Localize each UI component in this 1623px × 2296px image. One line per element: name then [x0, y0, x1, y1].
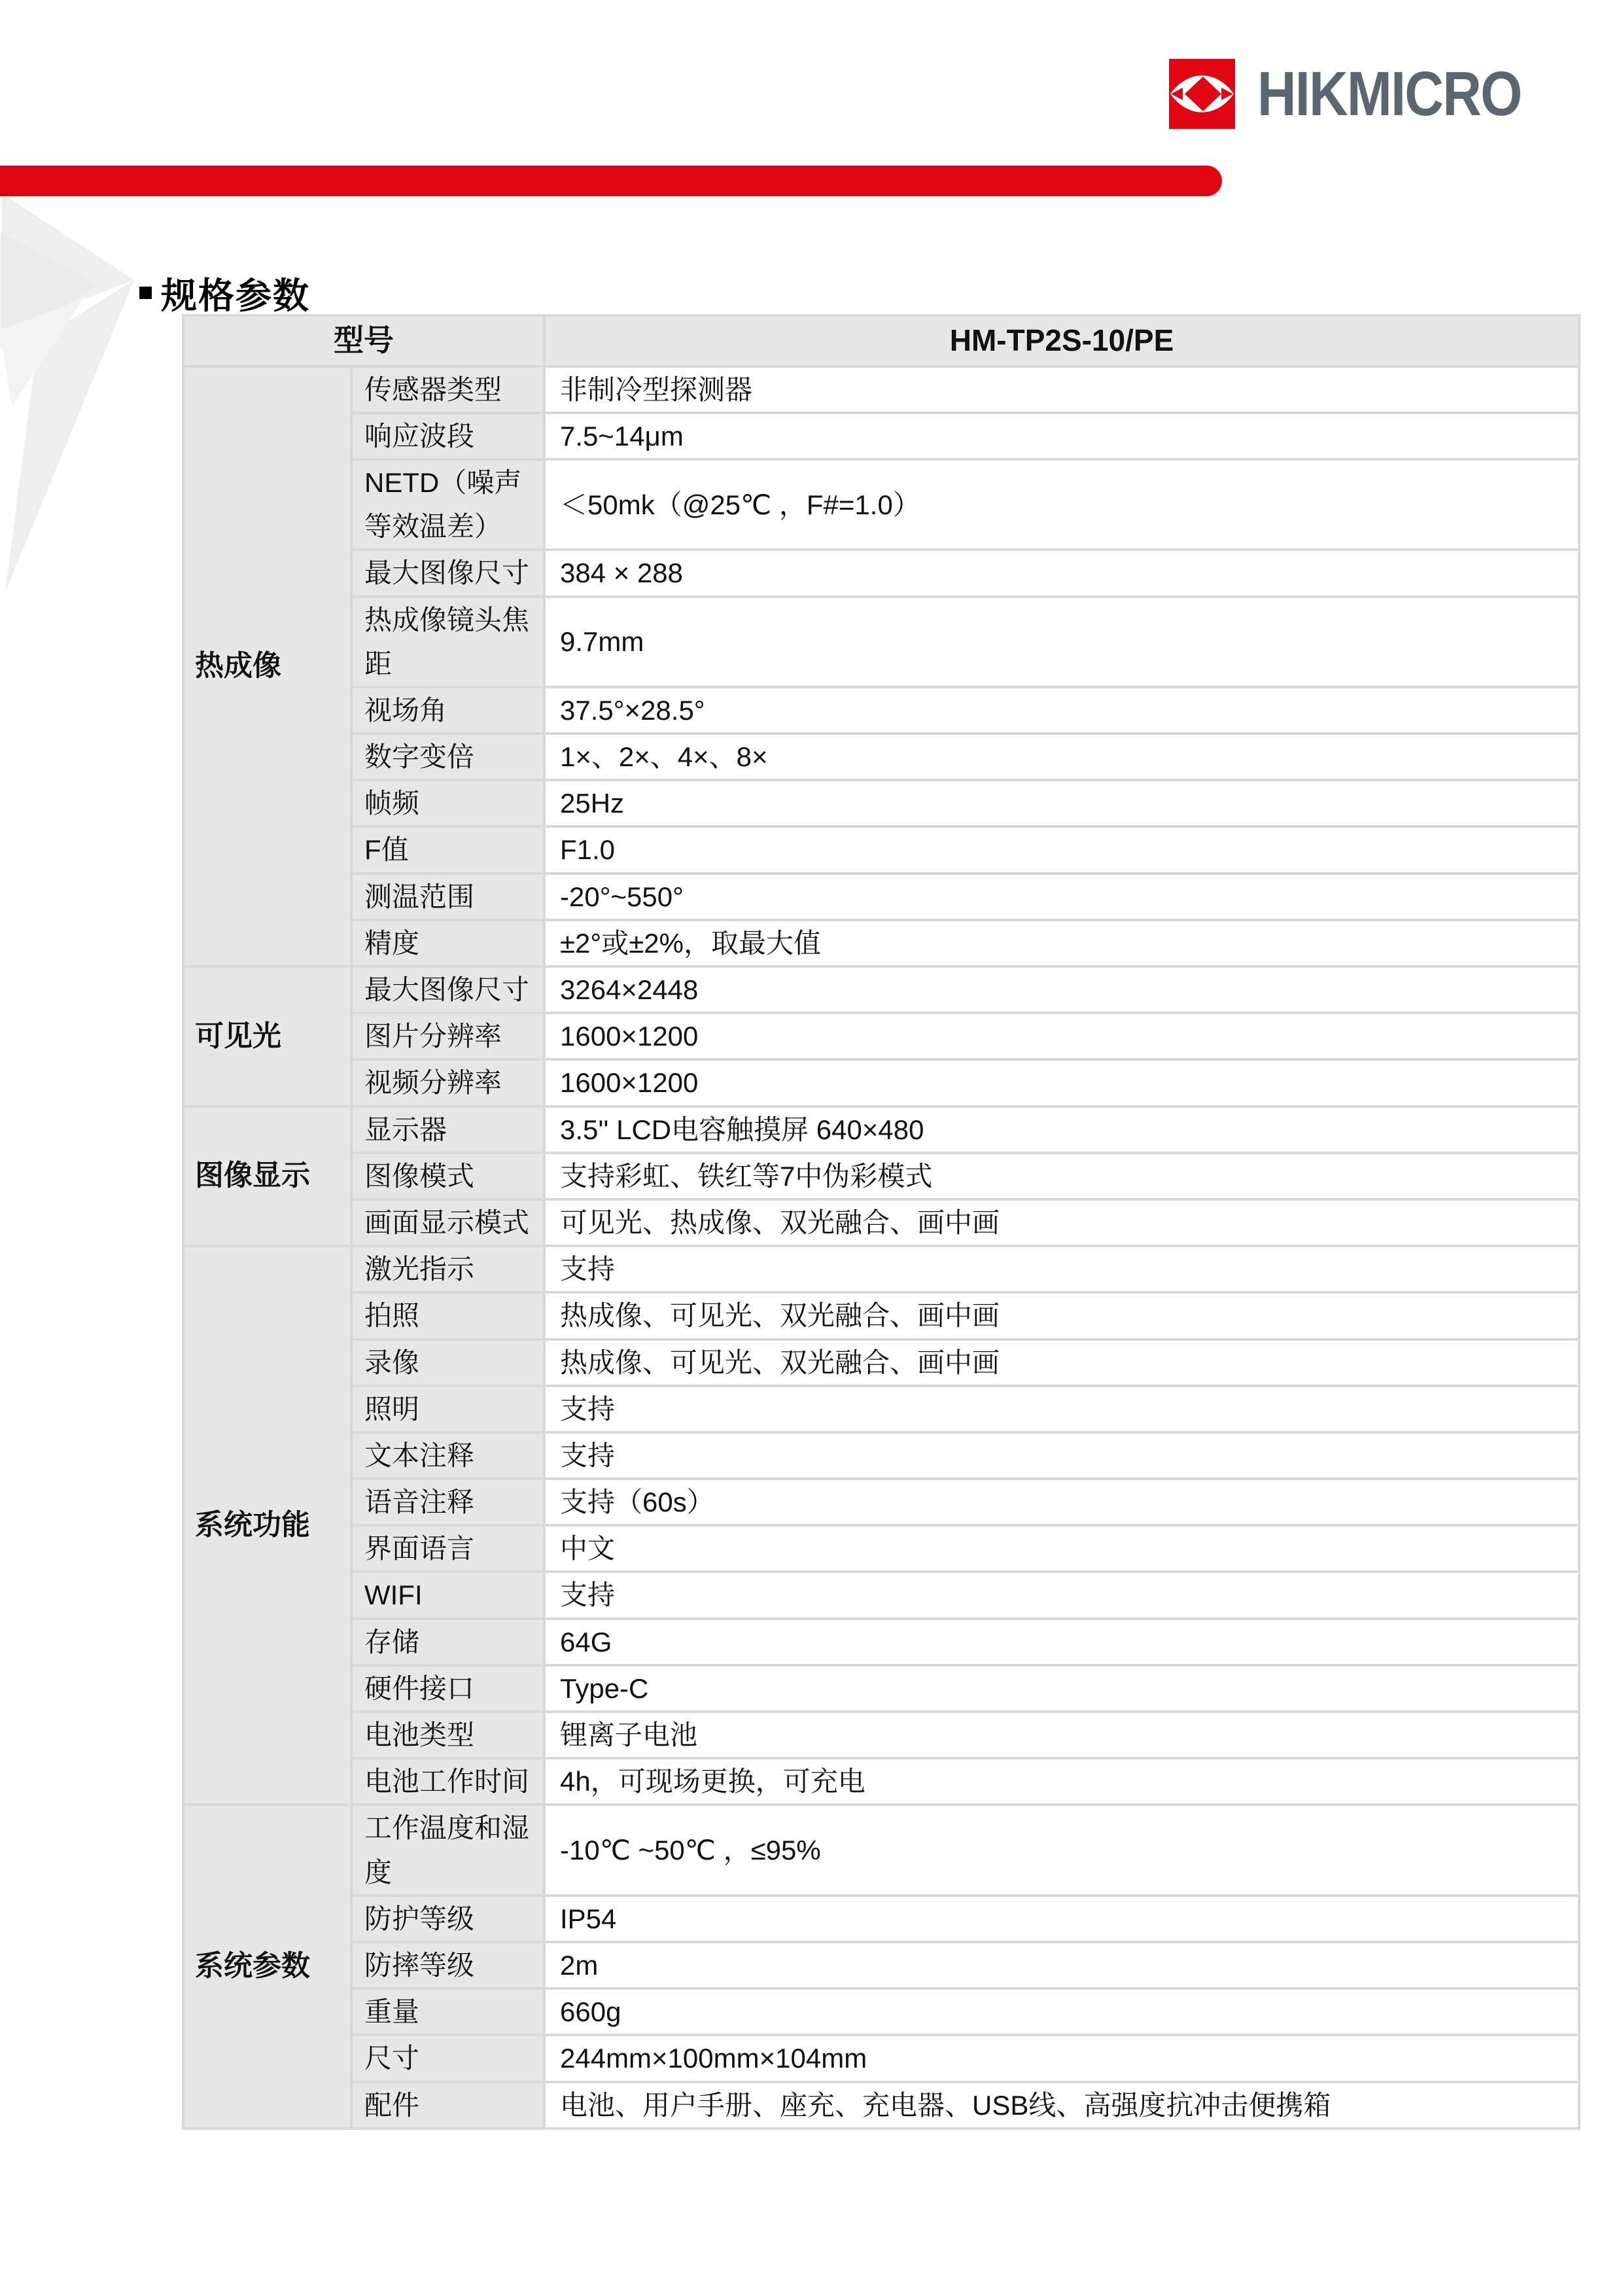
value-cell: 25Hz	[544, 780, 1579, 826]
param-cell: 视场角	[351, 687, 544, 733]
param-cell: 拍照	[351, 1292, 544, 1339]
value-cell: 支持（60s）	[544, 1479, 1579, 1525]
param-cell: 画面显示模式	[351, 1199, 544, 1246]
value-cell: 1×、2×、4×、8×	[544, 733, 1579, 780]
value-cell: 1600×1200	[544, 1059, 1579, 1106]
value-cell: Type-C	[544, 1665, 1579, 1712]
table-row: 可见光最大图像尺寸3264×2448	[183, 966, 1579, 1013]
table-row: 精度±2°或±2%，取最大值	[183, 920, 1579, 966]
value-cell: 3264×2448	[544, 966, 1579, 1013]
spec-table: 型号 HM-TP2S-10/PE 热成像传感器类型非制冷型探测器响应波段7.5~…	[182, 314, 1580, 2130]
param-cell: 尺寸	[351, 2035, 544, 2081]
value-cell: 4h，可现场更换，可充电	[544, 1758, 1579, 1805]
table-row: 防护等级IP54	[183, 1896, 1579, 1942]
table-row: 存储64G	[183, 1619, 1579, 1665]
table-row: 尺寸244mm×100mm×104mm	[183, 2035, 1579, 2081]
page-root: { "brand": { "name": "HIKMICRO", "brand_…	[0, 0, 1623, 2296]
table-row: 测温范围-20°~550°	[183, 874, 1579, 920]
table-row: 图片分辨率1600×1200	[183, 1013, 1579, 1059]
group-cell: 图像显示	[183, 1106, 351, 1246]
value-cell: -10℃ ~50℃ ，≤95%	[544, 1805, 1579, 1895]
value-cell: 3.5'' LCD电容触摸屏 640×480	[544, 1106, 1579, 1153]
param-cell: 照明	[351, 1386, 544, 1432]
param-cell: 硬件接口	[351, 1665, 544, 1712]
value-cell: 244mm×100mm×104mm	[544, 2035, 1579, 2081]
param-cell: 最大图像尺寸	[351, 966, 544, 1013]
table-row: 帧频25Hz	[183, 780, 1579, 826]
param-cell: 显示器	[351, 1106, 544, 1153]
param-cell: 图像模式	[351, 1153, 544, 1199]
table-row: 热成像传感器类型非制冷型探测器	[183, 366, 1579, 413]
value-cell: 7.5~14μm	[544, 413, 1579, 459]
table-row: 防摔等级2m	[183, 1942, 1579, 1988]
section-title: 规格参数	[139, 267, 310, 319]
spec-table-container: 型号 HM-TP2S-10/PE 热成像传感器类型非制冷型探测器响应波段7.5~…	[182, 314, 1578, 2130]
param-cell: 录像	[351, 1339, 544, 1386]
param-cell: 激光指示	[351, 1246, 544, 1292]
param-cell: 精度	[351, 920, 544, 966]
watermark-graphic	[0, 177, 170, 635]
table-row: 录像热成像、可见光、双光融合、画中画	[183, 1339, 1579, 1386]
table-row: 系统功能激光指示支持	[183, 1246, 1579, 1292]
model-value-cell: HM-TP2S-10/PE	[544, 315, 1579, 366]
param-cell: 传感器类型	[351, 366, 544, 413]
param-cell: 防摔等级	[351, 1942, 544, 1988]
value-cell: 支持	[544, 1572, 1579, 1618]
group-cell: 热成像	[183, 366, 351, 966]
value-cell: 9.7mm	[544, 597, 1579, 687]
square-bullet-icon	[139, 287, 152, 299]
param-cell: 存储	[351, 1619, 544, 1665]
table-row: 响应波段7.5~14μm	[183, 413, 1579, 459]
param-cell: WIFI	[351, 1572, 544, 1618]
table-row: 配件电池、用户手册、座充、充电器、USB线、高强度抗冲击便携箱	[183, 2082, 1579, 2128]
param-cell: 文本注释	[351, 1432, 544, 1479]
table-row: 画面显示模式可见光、热成像、双光融合、画中画	[183, 1199, 1579, 1246]
brand-logo: HIKMICRO	[1169, 59, 1564, 129]
param-cell: 配件	[351, 2082, 544, 2128]
table-header-row: 型号 HM-TP2S-10/PE	[183, 315, 1579, 366]
param-cell: 语音注释	[351, 1479, 544, 1525]
param-cell: 最大图像尺寸	[351, 550, 544, 596]
section-title-text: 规格参数	[161, 267, 310, 319]
param-cell: 电池工作时间	[351, 1758, 544, 1805]
table-row: 照明支持	[183, 1386, 1579, 1432]
value-cell: 电池、用户手册、座充、充电器、USB线、高强度抗冲击便携箱	[544, 2082, 1579, 2128]
spec-table-body: 型号 HM-TP2S-10/PE 热成像传感器类型非制冷型探测器响应波段7.5~…	[183, 315, 1579, 2128]
table-row: 系统参数工作温度和湿度-10℃ ~50℃ ，≤95%	[183, 1805, 1579, 1895]
table-row: 拍照热成像、可见光、双光融合、画中画	[183, 1292, 1579, 1339]
param-cell: 响应波段	[351, 413, 544, 459]
table-row: 数字变倍1×、2×、4×、8×	[183, 733, 1579, 780]
table-row: 电池工作时间4h，可现场更换，可充电	[183, 1758, 1579, 1805]
value-cell: 支持	[544, 1246, 1579, 1292]
table-row: 视场角37.5°×28.5°	[183, 687, 1579, 733]
table-row: 硬件接口Type-C	[183, 1665, 1579, 1712]
value-cell: 64G	[544, 1619, 1579, 1665]
table-row: F值F1.0	[183, 826, 1579, 873]
value-cell: 2m	[544, 1942, 1579, 1988]
value-cell: 1600×1200	[544, 1013, 1579, 1059]
param-cell: 数字变倍	[351, 733, 544, 780]
table-row: 视频分辨率1600×1200	[183, 1059, 1579, 1106]
group-cell: 系统功能	[183, 1246, 351, 1805]
hikmicro-eye-logo-icon	[1169, 59, 1235, 129]
param-cell: 视频分辨率	[351, 1059, 544, 1106]
value-cell: 中文	[544, 1525, 1579, 1572]
param-cell: 测温范围	[351, 874, 544, 920]
value-cell: 可见光、热成像、双光融合、画中画	[544, 1199, 1579, 1246]
table-row: WIFI支持	[183, 1572, 1579, 1618]
value-cell: -20°~550°	[544, 874, 1579, 920]
brand-logo-text: HIKMICRO	[1257, 59, 1522, 129]
param-cell: 重量	[351, 1988, 544, 2035]
param-cell: 电池类型	[351, 1712, 544, 1758]
value-cell: 支持彩虹、铁红等7中伪彩模式	[544, 1153, 1579, 1199]
table-row: 热成像镜头焦距9.7mm	[183, 597, 1579, 687]
table-row: 文本注释支持	[183, 1432, 1579, 1479]
table-row: NETD（噪声等效温差）＜50mk（@25℃ ，F#=1.0）	[183, 459, 1579, 550]
value-cell: 660g	[544, 1988, 1579, 2035]
header-red-bar	[0, 166, 1222, 196]
table-row: 图像模式支持彩虹、铁红等7中伪彩模式	[183, 1153, 1579, 1199]
param-cell: 工作温度和湿度	[351, 1805, 544, 1895]
value-cell: IP54	[544, 1896, 1579, 1942]
table-row: 图像显示显示器3.5'' LCD电容触摸屏 640×480	[183, 1106, 1579, 1153]
param-cell: 防护等级	[351, 1896, 544, 1942]
table-row: 重量660g	[183, 1988, 1579, 2035]
value-cell: 384 × 288	[544, 550, 1579, 596]
table-row: 最大图像尺寸384 × 288	[183, 550, 1579, 596]
value-cell: 37.5°×28.5°	[544, 687, 1579, 733]
value-cell: ±2°或±2%，取最大值	[544, 920, 1579, 966]
param-cell: 图片分辨率	[351, 1013, 544, 1059]
table-row: 电池类型锂离子电池	[183, 1712, 1579, 1758]
value-cell: 热成像、可见光、双光融合、画中画	[544, 1339, 1579, 1386]
table-row: 语音注释支持（60s）	[183, 1479, 1579, 1525]
param-cell: 帧频	[351, 780, 544, 826]
table-row: 界面语言中文	[183, 1525, 1579, 1572]
value-cell: 支持	[544, 1432, 1579, 1479]
param-cell: NETD（噪声等效温差）	[351, 459, 544, 550]
value-cell: ＜50mk（@25℃ ，F#=1.0）	[544, 459, 1579, 550]
value-cell: F1.0	[544, 826, 1579, 873]
value-cell: 锂离子电池	[544, 1712, 1579, 1758]
param-cell: F值	[351, 826, 544, 873]
param-cell: 界面语言	[351, 1525, 544, 1572]
param-cell: 热成像镜头焦距	[351, 597, 544, 687]
value-cell: 支持	[544, 1386, 1579, 1432]
value-cell: 非制冷型探测器	[544, 366, 1579, 413]
group-cell: 可见光	[183, 966, 351, 1106]
value-cell: 热成像、可见光、双光融合、画中画	[544, 1292, 1579, 1339]
model-label-cell: 型号	[183, 315, 544, 366]
group-cell: 系统参数	[183, 1805, 351, 2128]
